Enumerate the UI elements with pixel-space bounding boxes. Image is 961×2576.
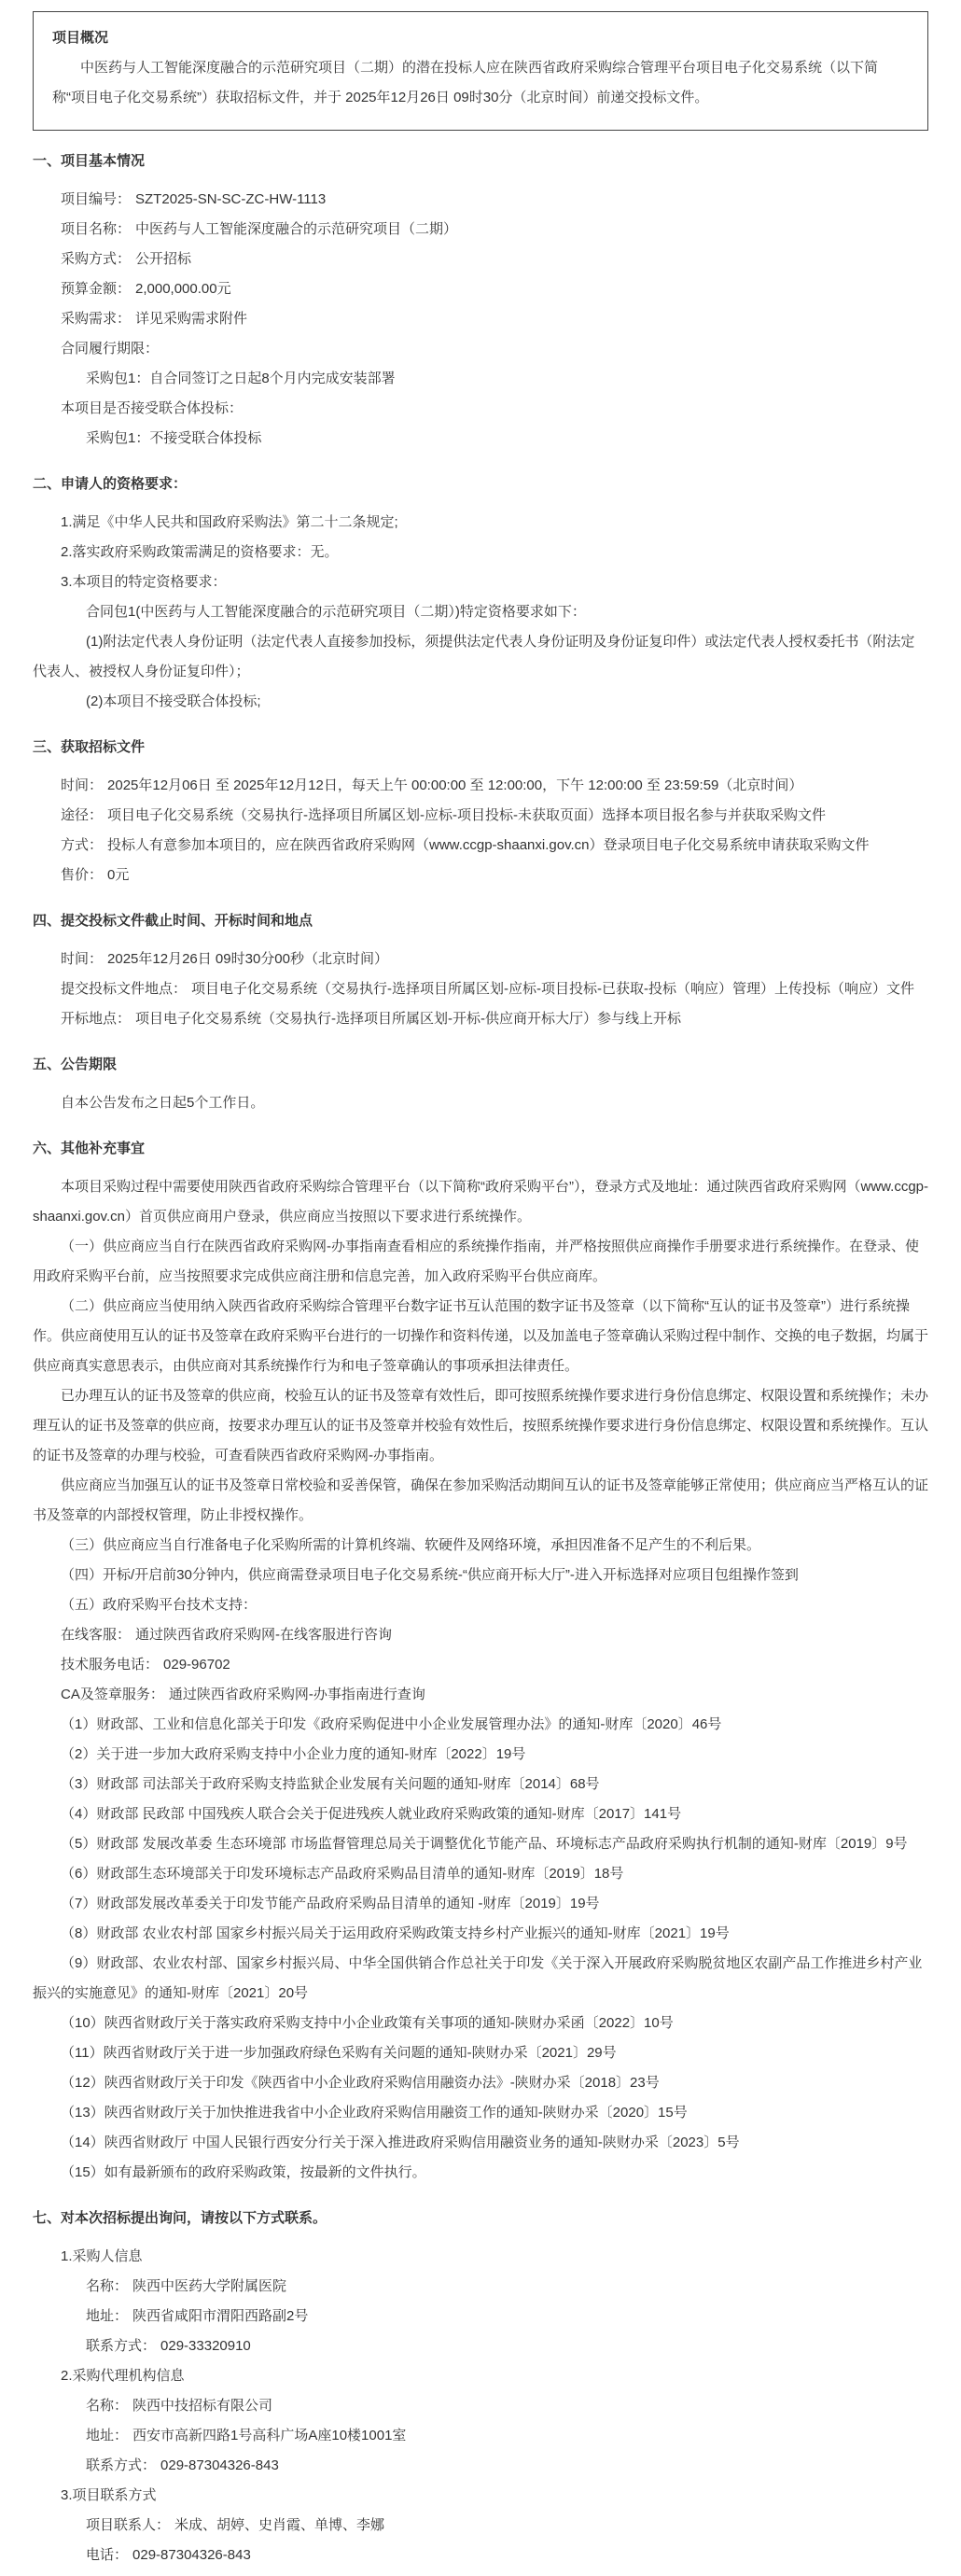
submit-place-label: 提交投标文件地点： — [61, 981, 187, 997]
policy-item: （3）财政部 司法部关于政府采购支持监狱企业发展有关问题的通知-财库〔2014〕… — [33, 1770, 928, 1799]
contract-period-row: 合同履行期限： — [33, 334, 928, 364]
joint-bid-question-row: 本项目是否接受联合体投标： — [33, 394, 928, 424]
procurement-method-value: 公开招标 — [135, 251, 191, 267]
project-name-row: 项目名称：中医药与人工智能深度融合的示范研究项目（二期） — [33, 215, 928, 245]
demand-value: 详见采购需求附件 — [135, 311, 247, 327]
deadline-time-label: 时间： — [61, 951, 103, 967]
supplement-paragraph-7: （四）开标/开启前30分钟内，供应商需登录项目电子化交易系统-“供应商开标大厅”… — [33, 1561, 928, 1590]
project-name-value: 中医药与人工智能深度融合的示范研究项目（二期） — [135, 221, 457, 237]
policy-item: （15）如有最新颁布的政府采购政策，按最新的文件执行。 — [33, 2158, 928, 2188]
tech-phone-value: 029-96702 — [163, 1657, 230, 1673]
obtain-time-label: 时间： — [61, 777, 103, 793]
demand-row: 采购需求：详见采购需求附件 — [33, 304, 928, 334]
online-service-row: 在线客服：通过陕西省政府采购网-在线客服进行咨询 — [33, 1620, 928, 1650]
policy-item: （7）财政部发展改革委关于印发节能产品政府采购品目清单的通知 -财库〔2019〕… — [33, 1889, 928, 1919]
supplement-paragraph-4: 已办理互认的证书及签章的供应商，校验互认的证书及签章有效性后，即可按照系统操作要… — [33, 1381, 928, 1471]
section-5-heading: 五、公告期限 — [33, 1050, 928, 1080]
obtain-time-value: 2025年12月06日 至 2025年12月12日，每天上午 00:00:00 … — [107, 777, 802, 793]
overview-title: 项目概况 — [52, 23, 909, 53]
supplement-paragraph-2: （一）供应商应当自行在陕西省政府采购网-办事指南查看相应的系统操作指南，并严格按… — [33, 1232, 928, 1292]
policy-item: （2）关于进一步加大政府采购支持中小企业力度的通知-财库〔2022〕19号 — [33, 1740, 928, 1770]
supplement-paragraph-6: （三）供应商应当自行准备电子化采购所需的计算机终端、软硬件及网络环境，承担因准备… — [33, 1531, 928, 1561]
open-place-row: 开标地点：项目电子化交易系统（交易执行-选择项目所属区划-开标-供应商开标大厅）… — [33, 1004, 928, 1034]
obtain-time-row: 时间：2025年12月06日 至 2025年12月12日，每天上午 00:00:… — [33, 771, 928, 801]
obtain-way-label: 方式： — [61, 837, 103, 853]
project-contact-phone-row: 电话：029-87304326-843 — [33, 2541, 928, 2570]
section-4-heading: 四、提交投标文件截止时间、开标时间和地点 — [33, 906, 928, 936]
purchaser-group-title: 1.采购人信息 — [33, 2242, 928, 2272]
supplement-paragraph-1: 本项目采购过程中需要使用陕西省政府采购综合管理平台（以下简称“政府采购平台”），… — [33, 1172, 928, 1232]
policy-item: （4）财政部 民政部 中国残疾人联合会关于促进残疾人就业政府采购政策的通知-财库… — [33, 1799, 928, 1829]
project-code-row: 项目编号：SZT2025-SN-SC-ZC-HW-1113 — [33, 185, 928, 215]
policy-item: （9）财政部、农业农村部、国家乡村振兴局、中华全国供销合作总社关于印发《关于深入… — [33, 1949, 928, 2009]
procurement-method-label: 采购方式： — [61, 251, 131, 267]
purchaser-contact-row: 联系方式：029-33320910 — [33, 2331, 928, 2361]
project-contact-phone-value: 029-87304326-843 — [132, 2547, 251, 2563]
policy-item: （5）财政部 发展改革委 生态环境部 市场监督管理总局关于调整优化节能产品、环境… — [33, 1829, 928, 1859]
overview-paragraph: 中医药与人工智能深度融合的示范研究项目（二期）的潜在投标人应在陕西省政府采购综合… — [52, 53, 909, 113]
online-service-value: 通过陕西省政府采购网-在线客服进行咨询 — [135, 1627, 392, 1643]
qualification-item-3: 3.本项目的特定资格要求： — [33, 567, 928, 597]
policy-item: （10）陕西省财政厅关于落实政府采购支持中小企业政策有关事项的通知-陕财办采函〔… — [33, 2009, 928, 2038]
purchaser-name-value: 陕西中医药大学附属医院 — [132, 2278, 286, 2294]
agency-name-row: 名称：陕西中技招标有限公司 — [33, 2391, 928, 2421]
tech-phone-row: 技术服务电话：029-96702 — [33, 1650, 928, 1680]
purchaser-name-label: 名称： — [86, 2278, 128, 2294]
policy-item: （11）陕西省财政厅关于进一步加强政府绿色采购有关问题的通知-陕财办采〔2021… — [33, 2038, 928, 2068]
section-7-heading: 七、对本次招标提出询问，请按以下方式联系。 — [33, 2204, 928, 2233]
purchaser-contact-label: 联系方式： — [86, 2338, 156, 2354]
obtain-channel-row: 途径：项目电子化交易系统（交易执行-选择项目所属区划-应标-项目投标-未获取页面… — [33, 801, 928, 831]
budget-value: 2,000,000.00元 — [135, 281, 231, 297]
document-price-label: 售价： — [61, 867, 103, 883]
supplement-paragraph-8: （五）政府采购平台技术支持： — [33, 1590, 928, 1620]
document-price-value: 0元 — [107, 867, 129, 883]
agency-name-value: 陕西中技招标有限公司 — [132, 2398, 272, 2414]
policy-item: （6）财政部生态环境部关于印发环境标志产品政府采购品目清单的通知-财库〔2019… — [33, 1859, 928, 1889]
document-price-row: 售价：0元 — [33, 861, 928, 890]
project-code-label: 项目编号： — [61, 191, 131, 207]
package-qualification-intro: 合同包1(中医药与人工智能深度融合的示范研究项目（二期）)特定资格要求如下： — [33, 597, 928, 627]
ca-service-row: CA及签章服务：通过陕西省政府采购网-办事指南进行查询 — [33, 1680, 928, 1710]
procurement-method-row: 采购方式：公开招标 — [33, 245, 928, 274]
ca-service-value: 通过陕西省政府采购网-办事指南进行查询 — [169, 1687, 425, 1702]
project-contact-persons-label: 项目联系人： — [86, 2517, 170, 2533]
budget-row: 预算金额：2,000,000.00元 — [33, 274, 928, 304]
policy-item: （1）财政部、工业和信息化部关于印发《政府采购促进中小企业发展管理办法》的通知-… — [33, 1710, 928, 1740]
agency-contact-row: 联系方式：029-87304326-843 — [33, 2451, 928, 2481]
submit-place-row: 提交投标文件地点：项目电子化交易系统（交易执行-选择项目所属区划-应标-项目投标… — [33, 974, 928, 1004]
joint-bid-package-row: 采购包1：不接受联合体投标 — [33, 424, 928, 454]
agency-contact-label: 联系方式： — [86, 2457, 156, 2473]
project-code-value: SZT2025-SN-SC-ZC-HW-1113 — [135, 191, 326, 207]
tech-phone-label: 技术服务电话： — [61, 1657, 159, 1673]
project-contact-phone-label: 电话： — [86, 2547, 128, 2563]
open-place-label: 开标地点： — [61, 1011, 131, 1027]
supplement-paragraph-5: 供应商应当加强互认的证书及签章日常校验和妥善保管，确保在参加采购活动期间互认的证… — [33, 1471, 928, 1531]
agency-contact-value: 029-87304326-843 — [160, 2457, 279, 2473]
section-1-heading: 一、项目基本情况 — [33, 147, 928, 176]
policy-item: （13）陕西省财政厅关于加快推进我省中小企业政府采购信用融资工作的通知-陕财办采… — [33, 2098, 928, 2128]
ca-service-label: CA及签章服务： — [61, 1687, 164, 1702]
section-3-heading: 三、获取招标文件 — [33, 733, 928, 763]
submit-place-value: 项目电子化交易系统（交易执行-选择项目所属区划-应标-项目投标-已获取-投标（响… — [191, 981, 914, 997]
deadline-time-value: 2025年12月26日 09时30分00秒（北京时间） — [107, 951, 388, 967]
announcement-period: 自本公告发布之日起5个工作日。 — [33, 1088, 928, 1118]
agency-address-row: 地址：西安市高新四路1号高科广场A座10楼1001室 — [33, 2421, 928, 2451]
qualification-item-1: 1.满足《中华人民共和国政府采购法》第二十二条规定; — [33, 508, 928, 538]
purchaser-contact-value: 029-33320910 — [160, 2338, 251, 2354]
budget-label: 预算金额： — [61, 281, 131, 297]
overview-box: 项目概况 中医药与人工智能深度融合的示范研究项目（二期）的潜在投标人应在陕西省政… — [33, 11, 928, 131]
policy-item: （12）陕西省财政厅关于印发《陕西省中小企业政府采购信用融资办法》-陕财办采〔2… — [33, 2068, 928, 2098]
project-contact-persons-value: 米成、胡婷、史肖霞、单博、李娜 — [174, 2517, 384, 2533]
purchaser-address-row: 地址：陕西省咸阳市渭阳西路副2号 — [33, 2302, 928, 2331]
project-name-label: 项目名称： — [61, 221, 131, 237]
obtain-channel-label: 途径： — [61, 807, 103, 823]
section-6-heading: 六、其他补充事宜 — [33, 1134, 928, 1164]
agency-name-label: 名称： — [86, 2398, 128, 2414]
special-qualification-2: (2)本项目不接受联合体投标; — [33, 687, 928, 717]
demand-label: 采购需求： — [61, 311, 131, 327]
open-place-value: 项目电子化交易系统（交易执行-选择项目所属区划-开标-供应商开标大厅）参与线上开… — [135, 1011, 681, 1027]
obtain-channel-value: 项目电子化交易系统（交易执行-选择项目所属区划-应标-项目投标-未获取页面）选择… — [107, 807, 826, 823]
agency-address-label: 地址： — [86, 2428, 128, 2443]
obtain-way-row: 方式：投标人有意参加本项目的，应在陕西省政府采购网（www.ccgp-shaan… — [33, 831, 928, 861]
purchaser-address-label: 地址： — [86, 2308, 128, 2324]
project-contact-group-title: 3.项目联系方式 — [33, 2481, 928, 2511]
supplement-paragraph-3: （二）供应商应当使用纳入陕西省政府采购综合管理平台数字证书互认范围的数字证书及签… — [33, 1292, 928, 1381]
qualification-item-2: 2.落实政府采购政策需满足的资格要求：无。 — [33, 538, 928, 567]
special-qualification-1: (1)附法定代表人身份证明（法定代表人直接参加投标，须提供法定代表人身份证明及身… — [33, 627, 928, 687]
contract-period-package-row: 采购包1：自合同签订之日起8个月内完成安装部署 — [33, 364, 928, 394]
online-service-label: 在线客服： — [61, 1627, 131, 1643]
policy-item: （8）财政部 农业农村部 国家乡村振兴局关于运用政府采购政策支持乡村产业振兴的通… — [33, 1919, 928, 1949]
policy-item: （14）陕西省财政厅 中国人民银行西安分行关于深入推进政府采购信用融资业务的通知… — [33, 2128, 928, 2158]
purchaser-name-row: 名称：陕西中医药大学附属医院 — [33, 2272, 928, 2302]
agency-address-value: 西安市高新四路1号高科广场A座10楼1001室 — [132, 2428, 406, 2443]
procurement-announcement: 项目概况 中医药与人工智能深度融合的示范研究项目（二期）的潜在投标人应在陕西省政… — [0, 0, 961, 2576]
agency-group-title: 2.采购代理机构信息 — [33, 2361, 928, 2391]
project-contact-persons-row: 项目联系人：米成、胡婷、史肖霞、单博、李娜 — [33, 2511, 928, 2541]
purchaser-address-value: 陕西省咸阳市渭阳西路副2号 — [132, 2308, 308, 2324]
obtain-way-value: 投标人有意参加本项目的，应在陕西省政府采购网（www.ccgp-shaanxi.… — [107, 837, 869, 853]
deadline-time-row: 时间：2025年12月26日 09时30分00秒（北京时间） — [33, 945, 928, 974]
section-2-heading: 二、申请人的资格要求： — [33, 469, 928, 499]
